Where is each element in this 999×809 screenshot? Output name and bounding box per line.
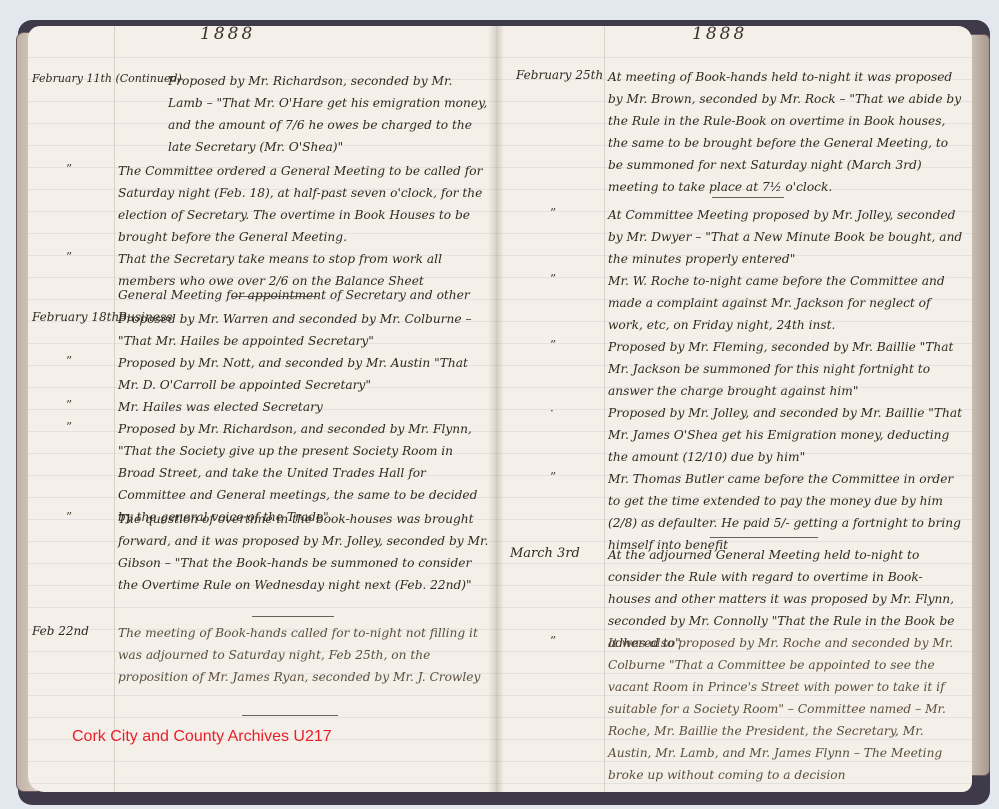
ditto-mark: ”	[66, 398, 72, 412]
entry-text: Proposed by Mr. Richardson, seconded by …	[168, 70, 490, 158]
separator-line	[712, 197, 784, 198]
separator-line	[710, 537, 818, 538]
margin-rule	[114, 26, 115, 792]
entry-text: Proposed by Mr. Nott, and seconded by Mr…	[118, 352, 490, 396]
margin-rule	[604, 26, 605, 792]
entry-date: February 25th	[516, 68, 603, 82]
left-page: 1888 February 11th (Continued) Proposed …	[28, 26, 498, 792]
archive-watermark: Cork City and County Archives U217	[72, 728, 332, 746]
ditto-mark: ”	[66, 420, 72, 434]
ditto-mark: ”	[550, 206, 556, 220]
entry-date: Feb 22nd	[32, 624, 89, 638]
ditto-mark: ”	[66, 162, 72, 176]
entry-text: Mr. Thomas Butler came before the Commit…	[608, 468, 964, 556]
entry-text: Mr. W. Roche to-night came before the Co…	[608, 270, 964, 336]
page-year: 1888	[200, 24, 255, 44]
ditto-mark: ”	[550, 272, 556, 286]
ditto-mark: ”	[550, 338, 556, 352]
entry-text: Proposed by Mr. Fleming, seconded by Mr.…	[608, 336, 964, 402]
entry-date: February 18th	[32, 310, 119, 324]
ditto-mark: ”	[550, 634, 556, 648]
entry-text: The Committee ordered a General Meeting …	[118, 160, 490, 248]
ditto-mark: ”	[66, 354, 72, 368]
ditto-mark: ”	[66, 510, 72, 524]
ditto-mark: ”	[550, 470, 556, 484]
entry-text: The meeting of Book-hands called for to-…	[118, 622, 490, 688]
right-page: 1888 February 25th At meeting of Book-ha…	[496, 26, 972, 792]
page-year: 1888	[692, 24, 747, 44]
ditto-mark: ·	[550, 404, 554, 418]
entry-text: At meeting of Book-hands held to-night i…	[608, 66, 964, 198]
separator-line	[242, 715, 338, 716]
entry-text: At Committee Meeting proposed by Mr. Jol…	[608, 204, 964, 270]
entry-date: February 11th (Continued)	[32, 72, 182, 85]
entry-date: March 3rd	[510, 546, 580, 561]
entry-text: Proposed by Mr. Jolley, and seconded by …	[608, 402, 964, 468]
entry-text: It was also proposed by Mr. Roche and se…	[608, 632, 964, 786]
entry-text: The question of overtime in the book-hou…	[118, 508, 490, 596]
ditto-mark: ”	[66, 250, 72, 264]
entry-text: Mr. Hailes was elected Secretary	[118, 396, 490, 418]
entry-text: Proposed by Mr. Warren and seconded by M…	[118, 308, 490, 352]
separator-line	[252, 616, 334, 617]
